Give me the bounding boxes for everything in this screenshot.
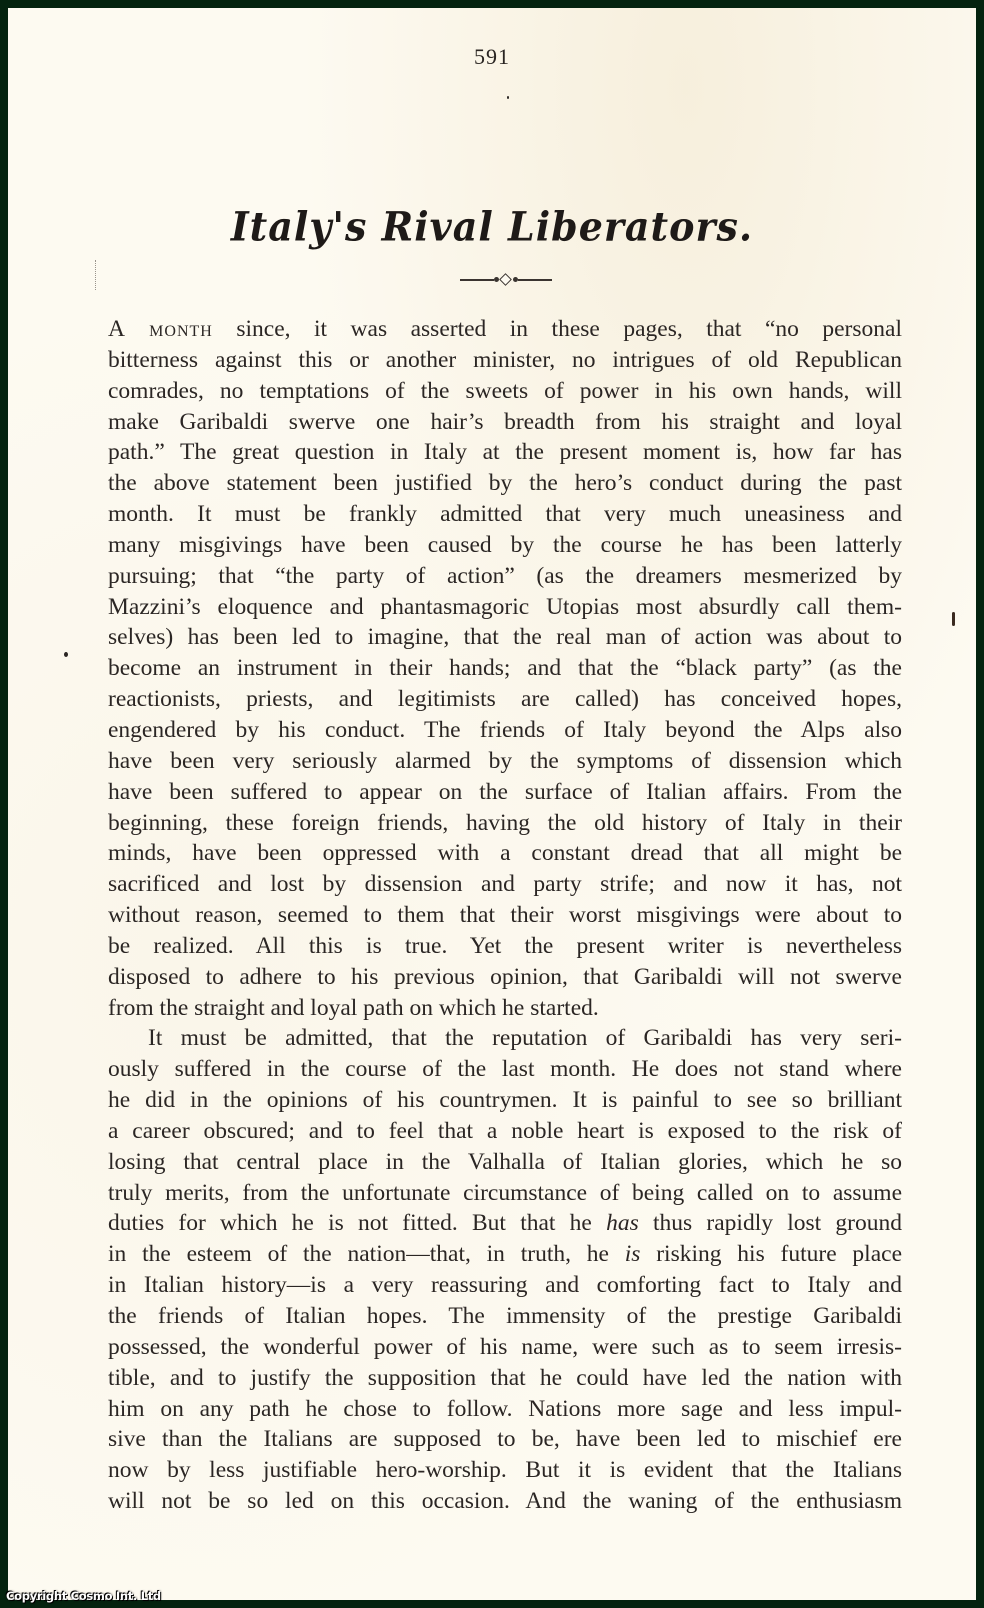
text-line: losing that central place in the Valhall… bbox=[108, 1147, 902, 1178]
text-line: he did in the opinions of his countrymen… bbox=[108, 1085, 902, 1116]
text-line: bitterness against this or another minis… bbox=[108, 345, 902, 376]
text-line: It must be admitted, that the reputation… bbox=[108, 1023, 902, 1054]
ink-speck bbox=[952, 612, 955, 626]
title-ornament-divider bbox=[460, 274, 552, 284]
text-line: in Italian history—is a very reassuring … bbox=[108, 1270, 902, 1301]
margin-mark bbox=[95, 260, 97, 290]
text-line: in the esteem of the nation—that, in tru… bbox=[108, 1239, 902, 1270]
text-line: truly merits, from the unfortunate circu… bbox=[108, 1178, 902, 1209]
text-line: sacrificed and lost by dissension and pa… bbox=[108, 869, 902, 900]
page-number: 591 bbox=[0, 44, 984, 70]
text-line: possessed, the wonderful power of his na… bbox=[108, 1332, 902, 1363]
text-line: become an instrument in their hands; and… bbox=[108, 653, 902, 684]
text-line: selves) has been led to imagine, that th… bbox=[108, 622, 902, 653]
italic-emphasis: has bbox=[606, 1210, 639, 1236]
text-line: reactionists, priests, and legitimists a… bbox=[108, 684, 902, 715]
paragraph-2: It must be admitted, that the reputation… bbox=[108, 1023, 902, 1517]
paragraph-1: A month since, it was asserted in these … bbox=[108, 314, 902, 1023]
text-line: without reason, seemed to them that thei… bbox=[108, 900, 902, 931]
text-line: Mazzini’s eloquence and phantasmagoric U… bbox=[108, 592, 902, 623]
lead-small-caps: A month bbox=[108, 316, 213, 342]
text-line: be realized. All this is true. Yet the p… bbox=[108, 931, 902, 962]
ink-speck bbox=[64, 652, 68, 657]
text-line: month. It must be frankly admitted that … bbox=[108, 499, 902, 530]
article-body: A month since, it was asserted in these … bbox=[108, 314, 902, 1517]
text-line: many misgivings have been caused by the … bbox=[108, 530, 902, 561]
text-line: engendered by his conduct. The friends o… bbox=[108, 715, 902, 746]
text-line: from the straight and loyal path on whic… bbox=[108, 993, 902, 1024]
text-line: sive than the Italians are supposed to b… bbox=[108, 1424, 902, 1455]
text-line: now by less justifiable hero-worship. Bu… bbox=[108, 1455, 902, 1486]
text-line: ously suffered in the course of the last… bbox=[108, 1054, 902, 1085]
text-line: disposed to adhere to his previous opini… bbox=[108, 962, 902, 993]
ink-speck bbox=[507, 96, 509, 99]
text-line: comrades, no temptations of the sweets o… bbox=[108, 376, 902, 407]
text-line: have been suffered to appear on the surf… bbox=[108, 777, 902, 808]
text-line: a career obscured; and to feel that a no… bbox=[108, 1116, 902, 1147]
text-line: him on any path he chose to follow. Nati… bbox=[108, 1394, 902, 1425]
text-line: A month since, it was asserted in these … bbox=[108, 314, 902, 345]
text-line: will not be so led on this occasion. And… bbox=[108, 1486, 902, 1517]
text-line: minds, have been oppressed with a consta… bbox=[108, 838, 902, 869]
copyright-watermark: Copyright Cosmo Int. Ltd bbox=[6, 1589, 161, 1603]
text-line: duties for which he is not fitted. But t… bbox=[108, 1208, 902, 1239]
text-line: have been very seriously alarmed by the … bbox=[108, 746, 902, 777]
text-line: path.” The great question in Italy at th… bbox=[108, 437, 902, 468]
text-line: the friends of Italian hopes. The immens… bbox=[108, 1301, 902, 1332]
text-line: beginning, these foreign friends, having… bbox=[108, 808, 902, 839]
text-line: the above statement been justified by th… bbox=[108, 468, 902, 499]
article-title: Italy's Rival Liberators. bbox=[0, 203, 984, 250]
text-line: tible, and to justify the supposition th… bbox=[108, 1363, 902, 1394]
text-line: pursuing; that “the party of action” (as… bbox=[108, 561, 902, 592]
text-line: make Garibaldi swerve one hair’s breadth… bbox=[108, 407, 902, 438]
italic-emphasis: is bbox=[625, 1241, 641, 1267]
